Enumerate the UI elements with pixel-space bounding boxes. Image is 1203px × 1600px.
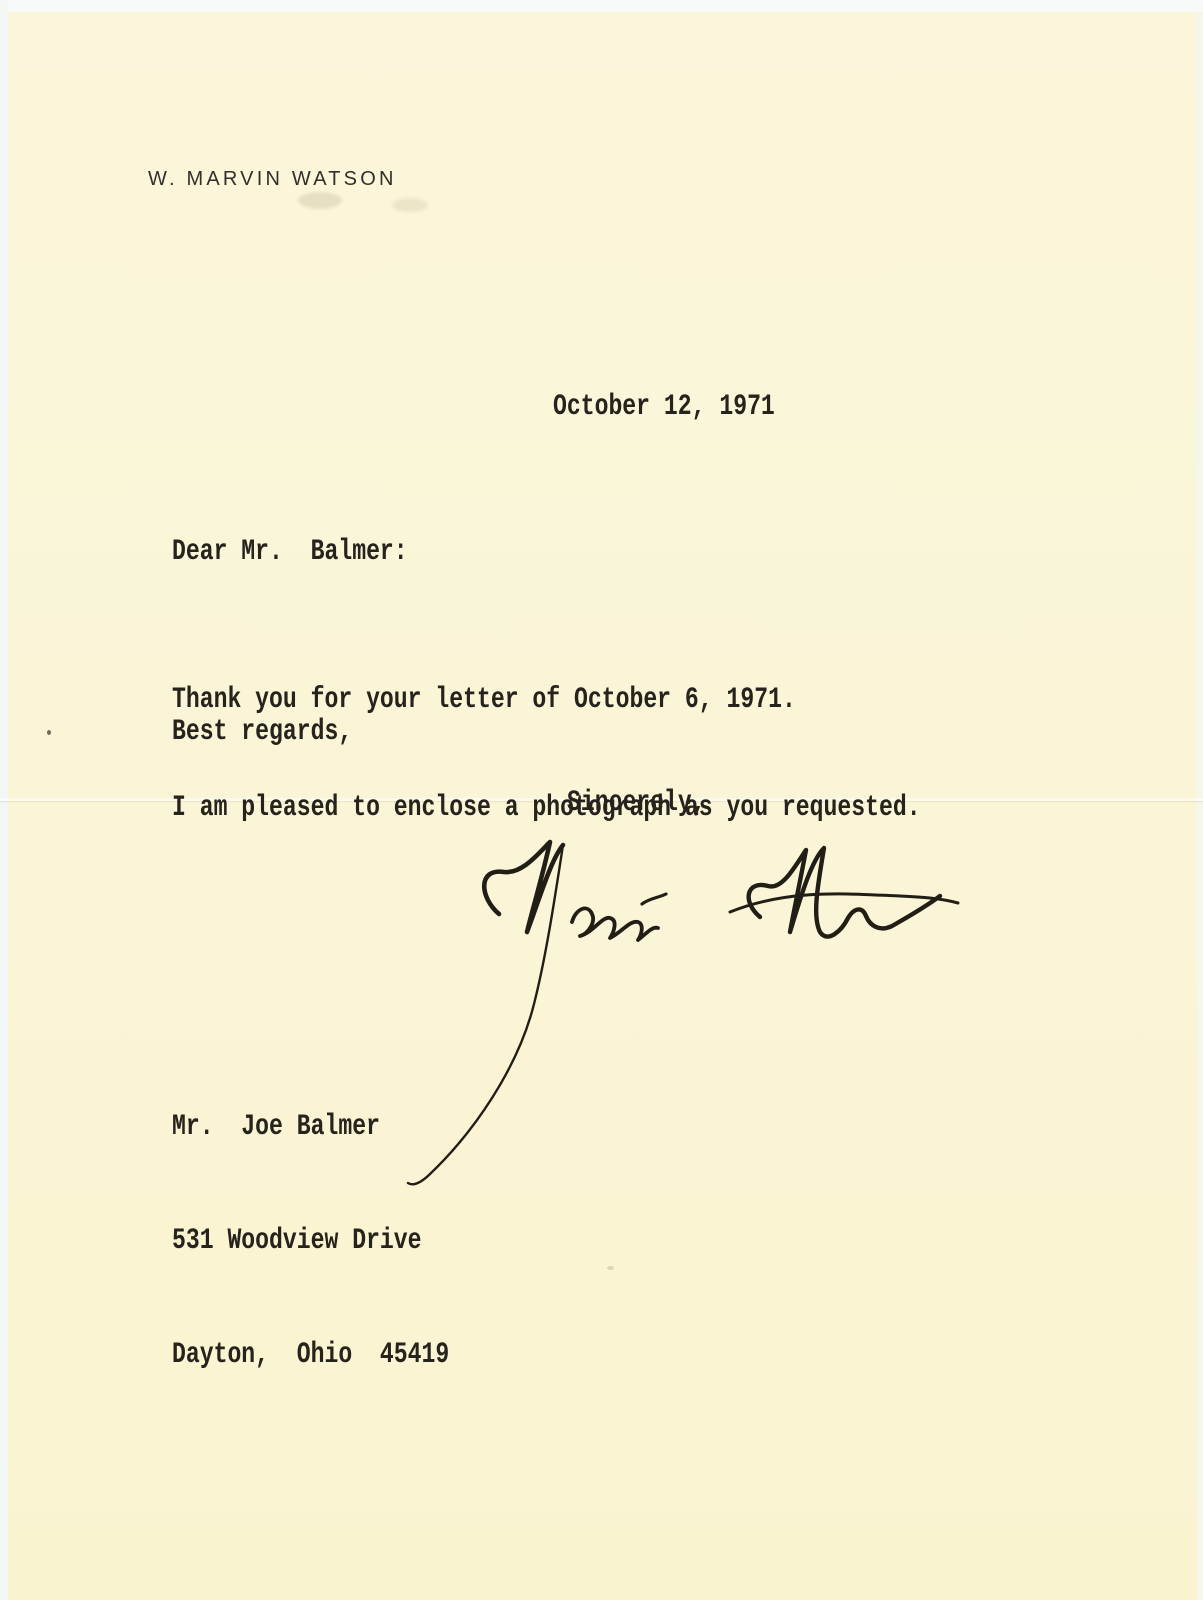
regards-line: Best regards, (172, 714, 352, 750)
scan-edge-top (0, 0, 1203, 12)
recipient-street: 531 Woodview Drive (172, 1222, 449, 1260)
letterhead-name: W. MARVIN WATSON (148, 168, 397, 191)
paper-speck (607, 1266, 614, 1270)
recipient-name: Mr. Joe Balmer (172, 1108, 449, 1146)
paper-smudge (392, 198, 428, 212)
salutation: Dear Mr. Balmer: (172, 534, 408, 570)
letter-scan-page: W. MARVIN WATSON October 12, 1971 Dear M… (0, 0, 1203, 1600)
handwritten-signature (380, 822, 970, 1202)
signature-stroke-arvin (572, 908, 658, 940)
scan-edge-right (1197, 12, 1203, 1600)
closing-line: Sincerely, (567, 785, 706, 821)
letter-date: October 12, 1971 (553, 389, 775, 425)
signature-stroke-idot (642, 894, 666, 904)
body-line: Thank you for your letter of October 6, … (172, 682, 921, 718)
recipient-city: Dayton, Ohio 45419 (172, 1336, 449, 1374)
recipient-address-block: Mr. Joe Balmer 531 Woodview Drive Dayton… (172, 1032, 449, 1450)
signature-stroke-watson (749, 848, 940, 937)
body-line: I am pleased to enclose a photograph as … (172, 790, 921, 826)
paper-speck (47, 730, 51, 735)
paper-smudge (298, 192, 342, 209)
